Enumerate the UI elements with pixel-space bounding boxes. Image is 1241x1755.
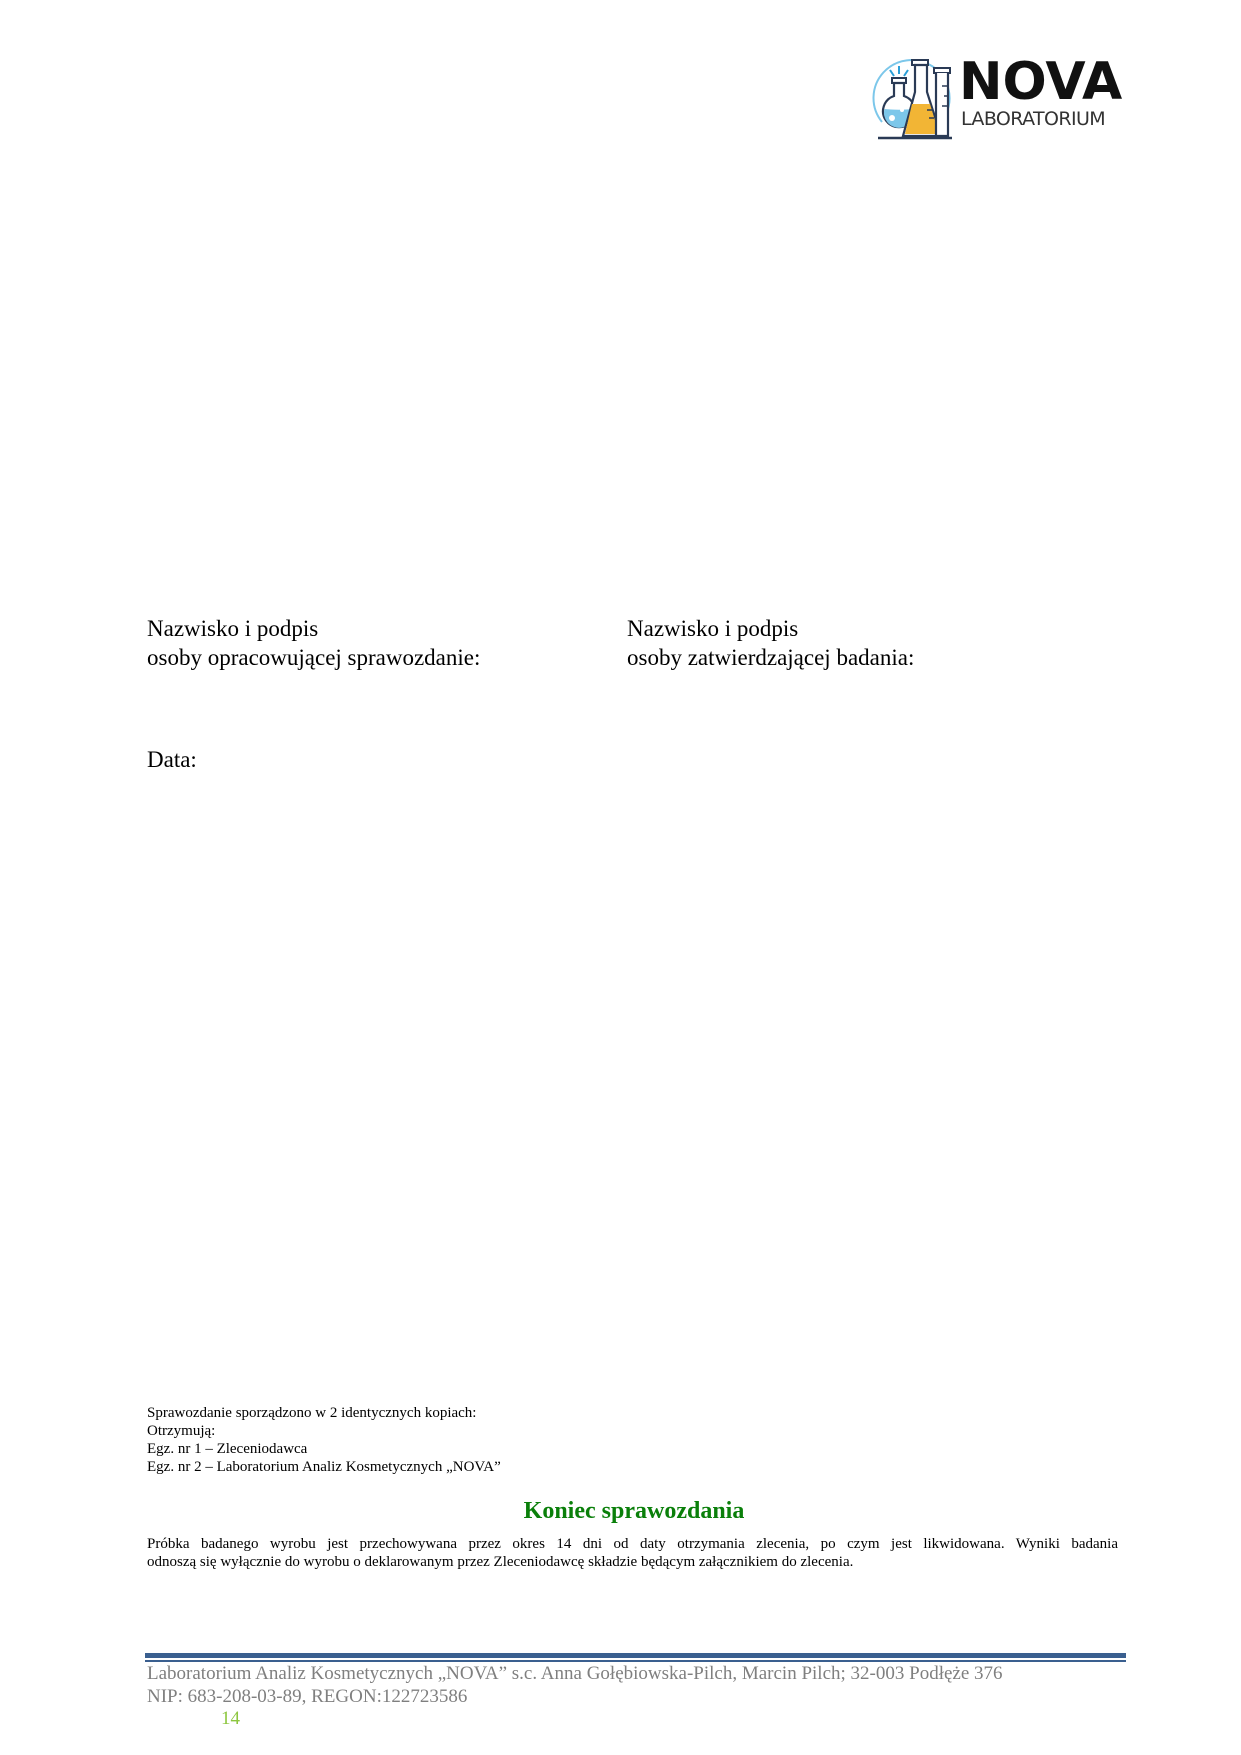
copies-distribution: Sprawozdanie sporządzono w 2 identycznyc…	[147, 1404, 501, 1476]
copies-line: Egz. nr 1 – Zleceniodawca	[147, 1440, 501, 1458]
sample-retention-note: Próbka badanego wyrobu jest przechowywan…	[147, 1535, 1118, 1571]
copies-line: Egz. nr 2 – Laboratorium Analiz Kosmetyc…	[147, 1458, 501, 1476]
logo-brand-name: NOVA	[959, 56, 1122, 108]
page-number: 14	[221, 1707, 240, 1730]
footer-tax-ids: NIP: 683-208-03-89, REGON:122723586	[147, 1685, 1003, 1708]
note-line: Próbka badanego wyrobu jest przechowywan…	[147, 1535, 1118, 1553]
note-line: odnoszą się wyłącznie do wyrobu o deklar…	[147, 1553, 1118, 1571]
logo-subtitle: LABORATORIUM	[961, 109, 1105, 129]
signature-preparer-line1: Nazwisko i podpis	[147, 614, 480, 643]
footer-rule	[145, 1653, 1126, 1658]
signature-preparer: Nazwisko i podpis osoby opracowującej sp…	[147, 614, 480, 672]
copies-line: Otrzymują:	[147, 1422, 501, 1440]
copies-line: Sprawozdanie sporządzono w 2 identycznyc…	[147, 1404, 501, 1422]
signature-approver: Nazwisko i podpis osoby zatwierdzającej …	[627, 614, 914, 672]
footer-company-info: Laboratorium Analiz Kosmetycznych „NOVA”…	[147, 1662, 1003, 1708]
company-logo: NOVA LABORATORIUM	[872, 52, 1117, 147]
end-of-report-title: Koniec sprawozdania	[0, 1497, 1241, 1525]
signature-approver-line2: osoby zatwierdzającej badania:	[627, 643, 914, 672]
signature-approver-line1: Nazwisko i podpis	[627, 614, 914, 643]
footer-address: Laboratorium Analiz Kosmetycznych „NOVA”…	[147, 1662, 1003, 1685]
signature-preparer-line2: osoby opracowującej sprawozdanie:	[147, 643, 480, 672]
date-label: Data:	[147, 745, 197, 774]
lab-flasks-icon	[872, 52, 954, 144]
